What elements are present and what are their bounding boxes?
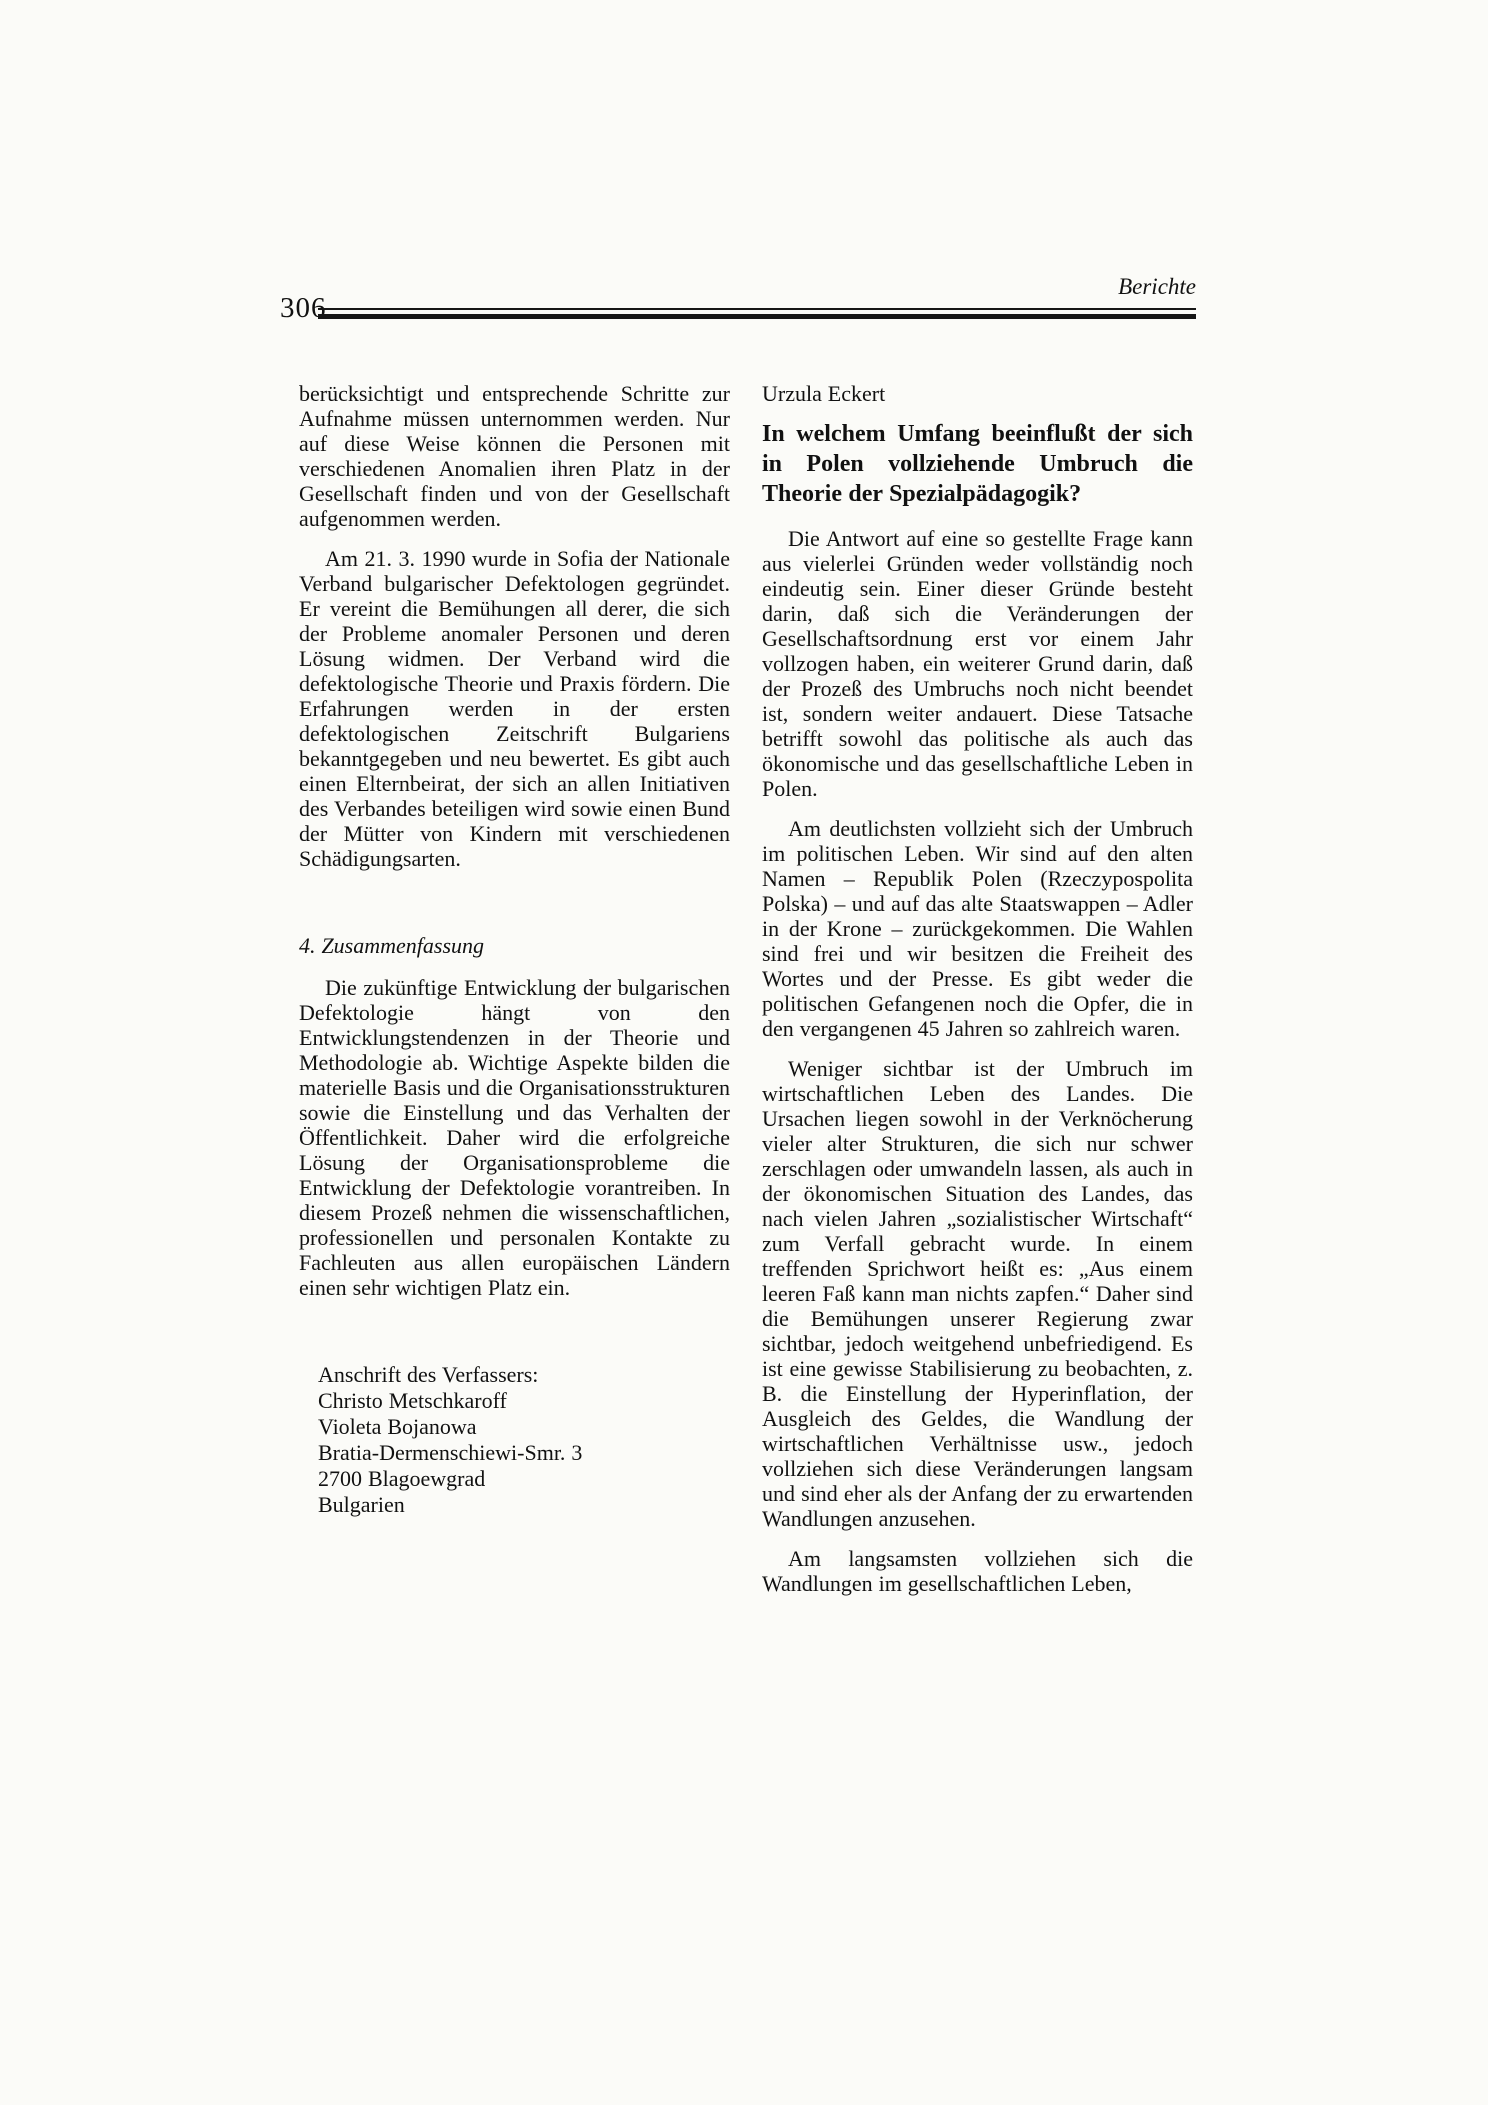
address-line-name-2: Violeta Bojanowa (318, 1414, 730, 1440)
address-line-city: 2700 Blagoewgrad (318, 1466, 730, 1492)
left-paragraph-continuation: berücksichtigt und entsprechende Schritt… (299, 381, 730, 531)
article-author: Urzula Eckert (762, 381, 1193, 406)
right-paragraph-political: Am deutlichsten vollzieht sich der Umbru… (762, 816, 1193, 1041)
journal-page: 306 Berichte berücksichtigt und entsprec… (0, 0, 1488, 2105)
header-double-rule (318, 308, 1196, 319)
address-line-country: Bulgarien (318, 1492, 730, 1518)
section-heading-zusammenfassung: 4. Zusammenfassung (299, 933, 730, 958)
address-line-name-1: Christo Metschkaroff (318, 1388, 730, 1414)
right-paragraph-intro: Die Antwort auf eine so gestellte Frage … (762, 526, 1193, 801)
left-paragraph-founding: Am 21. 3. 1990 wurde in Sofia der Nation… (299, 546, 730, 871)
left-column: berücksichtigt und entsprechende Schritt… (299, 381, 730, 1518)
address-label: Anschrift des Verfassers: (318, 1362, 730, 1388)
article-title: In welchem Umfang beeinflußt der sich in… (762, 419, 1193, 509)
author-address-block: Anschrift des Verfassers: Christo Metsch… (318, 1362, 730, 1518)
address-line-street: Bratia-Dermenschiewi-Smr. 3 (318, 1440, 730, 1466)
right-paragraph-social: Am langsamsten vollziehen sich die Wandl… (762, 1546, 1193, 1596)
right-paragraph-economic: Weniger sichtbar ist der Umbruch im wirt… (762, 1056, 1193, 1531)
running-head: Berichte (762, 274, 1196, 300)
right-column: Urzula Eckert In welchem Umfang beeinflu… (762, 381, 1193, 1611)
left-paragraph-summary: Die zukünftige Entwicklung der bulgarisc… (299, 975, 730, 1300)
